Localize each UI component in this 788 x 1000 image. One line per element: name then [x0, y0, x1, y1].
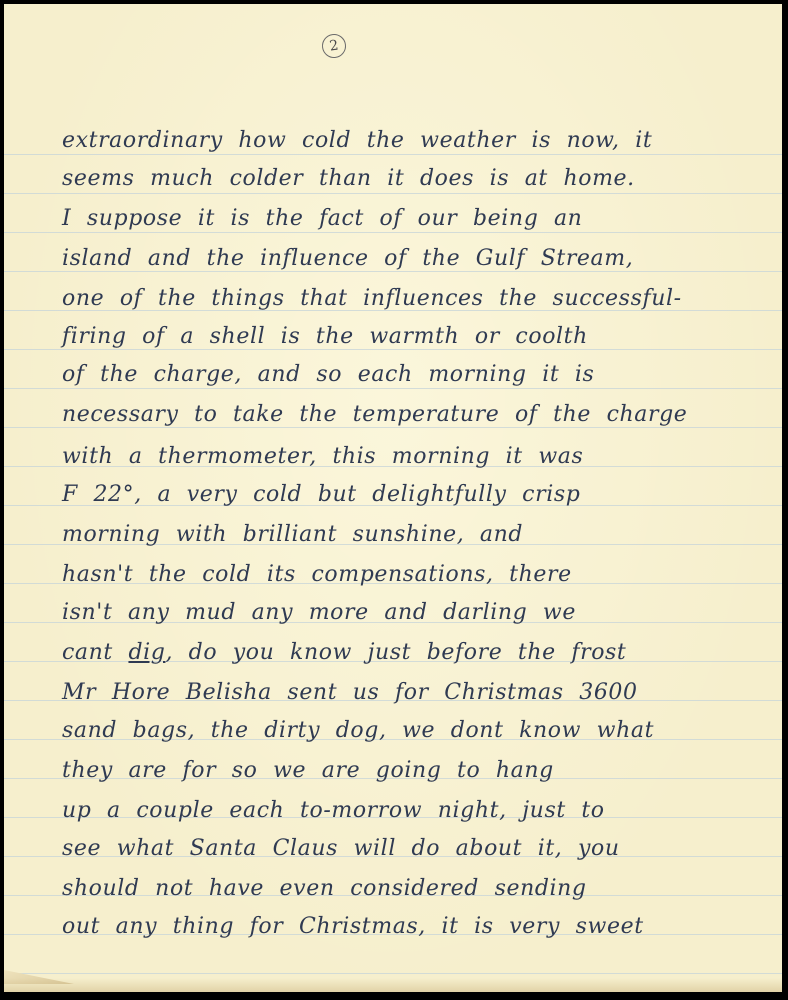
text-line: necessary to take the temperature of the…	[62, 402, 782, 427]
ruled-line	[4, 349, 782, 350]
text-line: cant dig, do you know just before the fr…	[62, 640, 782, 665]
text-line: morning with brilliant sunshine, and	[62, 522, 782, 547]
text-line: seems much colder than it does is at hom…	[62, 166, 782, 191]
text-line: extraordinary how cold the weather is no…	[62, 128, 782, 153]
letter-page: 2 extraordinary how cold the weather is …	[4, 4, 782, 992]
page-number: 2	[320, 32, 347, 59]
text-line: hasn't the cold its compensations, there	[62, 562, 782, 587]
ruled-line	[4, 271, 782, 272]
text-line: of the charge, and so each morning it is	[62, 362, 782, 387]
text-line: I suppose it is the fact of our being an	[62, 206, 782, 231]
ruled-line	[4, 388, 782, 389]
ruled-line	[4, 427, 782, 428]
text-line: they are for so we are going to hang	[62, 758, 782, 783]
text-line: should not have even considered sending	[62, 876, 782, 901]
text-line: firing of a shell is the warmth or coolt…	[62, 324, 782, 349]
text-line: island and the influence of the Gulf Str…	[62, 246, 782, 271]
text-line: Mr Hore Belisha sent us for Christmas 36…	[62, 680, 782, 705]
text-line: with a thermometer, this morning it was	[62, 444, 782, 469]
text-line: out any thing for Christmas, it is very …	[62, 914, 782, 939]
ruled-line	[4, 154, 782, 155]
text-line: one of the things that influences the su…	[62, 286, 782, 311]
text-line: up a couple each to-morrow night, just t…	[62, 798, 782, 823]
text-line: sand bags, the dirty dog, we dont know w…	[62, 718, 782, 743]
text-line: see what Santa Claus will do about it, y…	[62, 836, 782, 861]
ruled-line	[4, 193, 782, 194]
text-line: isn't any mud any more and darling we	[62, 600, 782, 625]
text-line: F 22°, a very cold but delightfully cris…	[62, 482, 782, 507]
ruled-line	[4, 973, 782, 974]
underlined-word: dig	[128, 640, 165, 665]
ruled-line	[4, 232, 782, 233]
